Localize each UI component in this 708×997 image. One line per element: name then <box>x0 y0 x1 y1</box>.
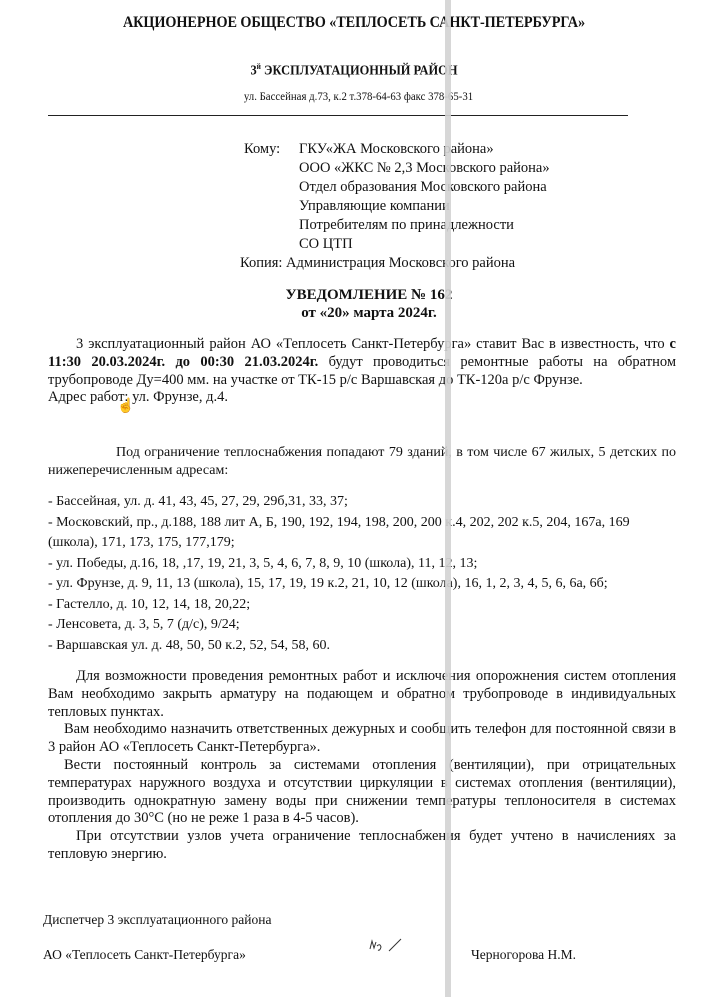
scan-artifact-bar <box>445 0 451 997</box>
recipient: Потребителям по принадлежности <box>299 216 514 235</box>
restriction-summary: Под ограничение теплоснабжения попадают … <box>48 444 676 480</box>
hand-cursor-icon: ☝ <box>117 398 134 415</box>
notice-number: УВЕДОМЛЕНИЕ № 162 <box>30 286 708 304</box>
work-address: Адрес работ: ул. Фрунзе, д.4. <box>48 389 676 407</box>
instruction: Вести постоянный контроль за системами о… <box>48 757 676 828</box>
recipients-block: Кому:ГКУ«ЖА Московского района» ООО «ЖКС… <box>244 140 550 273</box>
notice-heading: УВЕДОМЛЕНИЕ № 162 от «20» марта 2024г. <box>0 286 708 322</box>
list-item: - Ленсовета, д. 3, 5, 7 (д/с), 9/24; <box>48 615 676 636</box>
list-item: - Московский, пр., д.188, 188 лит А, Б, … <box>48 513 676 554</box>
recipient: Отдел образования Московского района <box>299 178 547 197</box>
header-divider <box>48 115 628 116</box>
instructions-block: Для возможности проведения ремонтных раб… <box>48 668 676 864</box>
signer-position: Диспетчер 3 эксплуатационного района <box>43 912 271 928</box>
district-title: 3й ЭКСПЛУАТАЦИОННЫЙ РАЙОН <box>28 62 679 79</box>
recipient: ООО «ЖКС № 2,3 Московского района» <box>299 159 550 178</box>
recipient: Управляющие компании <box>299 197 450 216</box>
district-address: ул. Бассейная д.73, к.2 т.378-64-63 факс… <box>35 89 672 104</box>
list-item: - Гастелло, д. 10, 12, 14, 18, 20,22; <box>48 595 676 616</box>
instruction: При отсутствии узлов учета ограничение т… <box>48 828 676 864</box>
address-list: - Бассейная, ул. д. 41, 43, 45, 27, 29, … <box>48 492 676 656</box>
signer-company: АО «Теплосеть Санкт-Петербурга» <box>43 947 246 963</box>
list-item: - Бассейная, ул. д. 41, 43, 45, 27, 29, … <box>48 492 676 513</box>
list-item: - Варшавская ул. д. 48, 50, 50 к.2, 52, … <box>48 636 676 657</box>
work-notice-paragraph: 3 эксплуатационный район АО «Теплосеть С… <box>48 336 676 407</box>
recipient: ГКУ«ЖА Московского района» <box>299 140 494 159</box>
to-label: Кому: <box>244 140 299 159</box>
recipient: СО ЦТП <box>299 235 353 254</box>
instruction: Для возможности проведения ремонтных раб… <box>48 668 676 721</box>
notice-date: от «20» марта 2024г. <box>30 304 708 322</box>
organization-title: АКЦИОНЕРНОЕ ОБЩЕСТВО «ТЕПЛОСЕТЬ САНКТ-ПЕ… <box>28 14 679 32</box>
list-item: - ул. Победы, д.16, 18, ,17, 19, 21, 3, … <box>48 554 676 575</box>
copy-label: Копия: <box>240 254 282 273</box>
signature-icon <box>367 933 407 957</box>
copy-recipient: Администрация Московского района <box>286 254 515 273</box>
instruction: Вам необходимо назначить ответственных д… <box>48 721 676 757</box>
signer-name: Черногорова Н.М. <box>471 947 576 963</box>
list-item: - ул. Фрунзе, д. 9, 11, 13 (школа), 15, … <box>48 574 676 595</box>
